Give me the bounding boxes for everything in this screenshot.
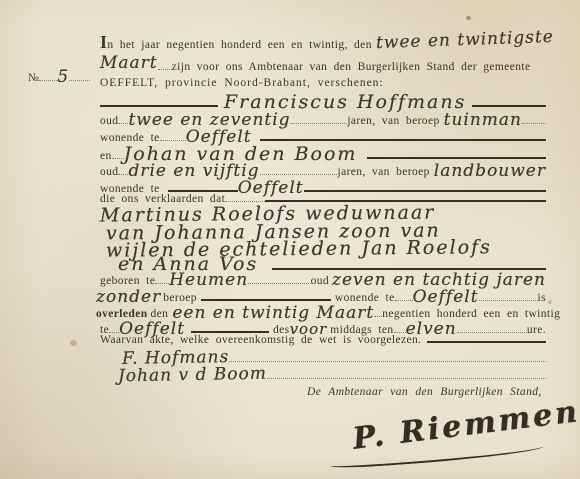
dotted-leader bbox=[248, 283, 310, 284]
intro-line-3: OEFFELT, provincie Noord-Brabant, versch… bbox=[100, 77, 546, 89]
record-number-value: 5 bbox=[57, 67, 69, 87]
rule-line bbox=[427, 341, 546, 343]
intro-printed-1: In het jaar negentien honderd een en twi… bbox=[100, 32, 372, 53]
dotted-leader bbox=[374, 316, 382, 317]
intro-line-2: Maart zijn voor ons Ambtenaar van den Bu… bbox=[100, 55, 546, 75]
official-signature-row: P. Riemmen bbox=[352, 408, 546, 443]
intro-line-1: In het jaar negentien honderd een en twi… bbox=[100, 32, 546, 53]
declarant2-signature: Johan v d Boom bbox=[118, 364, 267, 387]
dotted-leader bbox=[69, 80, 90, 81]
paper-stain bbox=[70, 340, 77, 346]
dotted-leader bbox=[160, 140, 186, 141]
dotted-leader bbox=[522, 123, 546, 124]
death-certificate-scan: № 5 In het jaar negentien honderd een en… bbox=[0, 0, 580, 479]
dotted-leader bbox=[158, 69, 172, 70]
municipality-line: OEFFELT, provincie Noord-Brabant, versch… bbox=[100, 77, 384, 89]
signature2-row: Johan v d Boom bbox=[118, 364, 546, 384]
dotted-leader bbox=[260, 174, 338, 175]
paper-stain bbox=[548, 300, 552, 304]
rule-line bbox=[100, 105, 218, 107]
rule-line bbox=[168, 190, 238, 192]
dotted-leader bbox=[394, 332, 406, 333]
closing-sentence: Waarvan akte, welke overeenkomstig de we… bbox=[100, 334, 421, 346]
rule-line bbox=[191, 331, 269, 333]
record-number-row: № 5 bbox=[28, 66, 90, 86]
rule-line bbox=[201, 299, 331, 301]
dotted-leader bbox=[267, 378, 546, 379]
dotted-leader bbox=[291, 123, 348, 124]
month-handwritten: Maart bbox=[100, 53, 158, 73]
dotted-leader bbox=[395, 300, 413, 301]
dotted-leader bbox=[229, 361, 546, 362]
dotted-leader bbox=[109, 332, 119, 333]
dotted-leader bbox=[112, 158, 124, 159]
dotted-leader bbox=[118, 174, 128, 175]
dotted-leader bbox=[39, 80, 57, 81]
dotted-leader bbox=[225, 201, 265, 202]
dotted-leader bbox=[457, 332, 527, 333]
rule-line bbox=[472, 105, 546, 107]
record-number-label: № bbox=[28, 72, 39, 84]
day-handwritten: twee en twintigste bbox=[376, 27, 554, 53]
paper-stain bbox=[466, 16, 471, 20]
official-title-row: De Ambtenaar van den Burgerlijken Stand, bbox=[307, 386, 546, 398]
rule-line bbox=[367, 157, 546, 159]
intro-printed-2: zijn voor ons Ambtenaar van den Burgerli… bbox=[172, 61, 531, 73]
rule-line bbox=[260, 139, 546, 141]
dotted-leader bbox=[118, 123, 128, 124]
dotted-leader bbox=[479, 300, 538, 301]
closing-row: Waarvan akte, welke overeenkomstig de we… bbox=[100, 334, 546, 346]
official-title: De Ambtenaar van den Burgerlijken Stand, bbox=[307, 386, 542, 398]
rule-line bbox=[304, 190, 546, 192]
dotted-leader bbox=[155, 283, 169, 284]
